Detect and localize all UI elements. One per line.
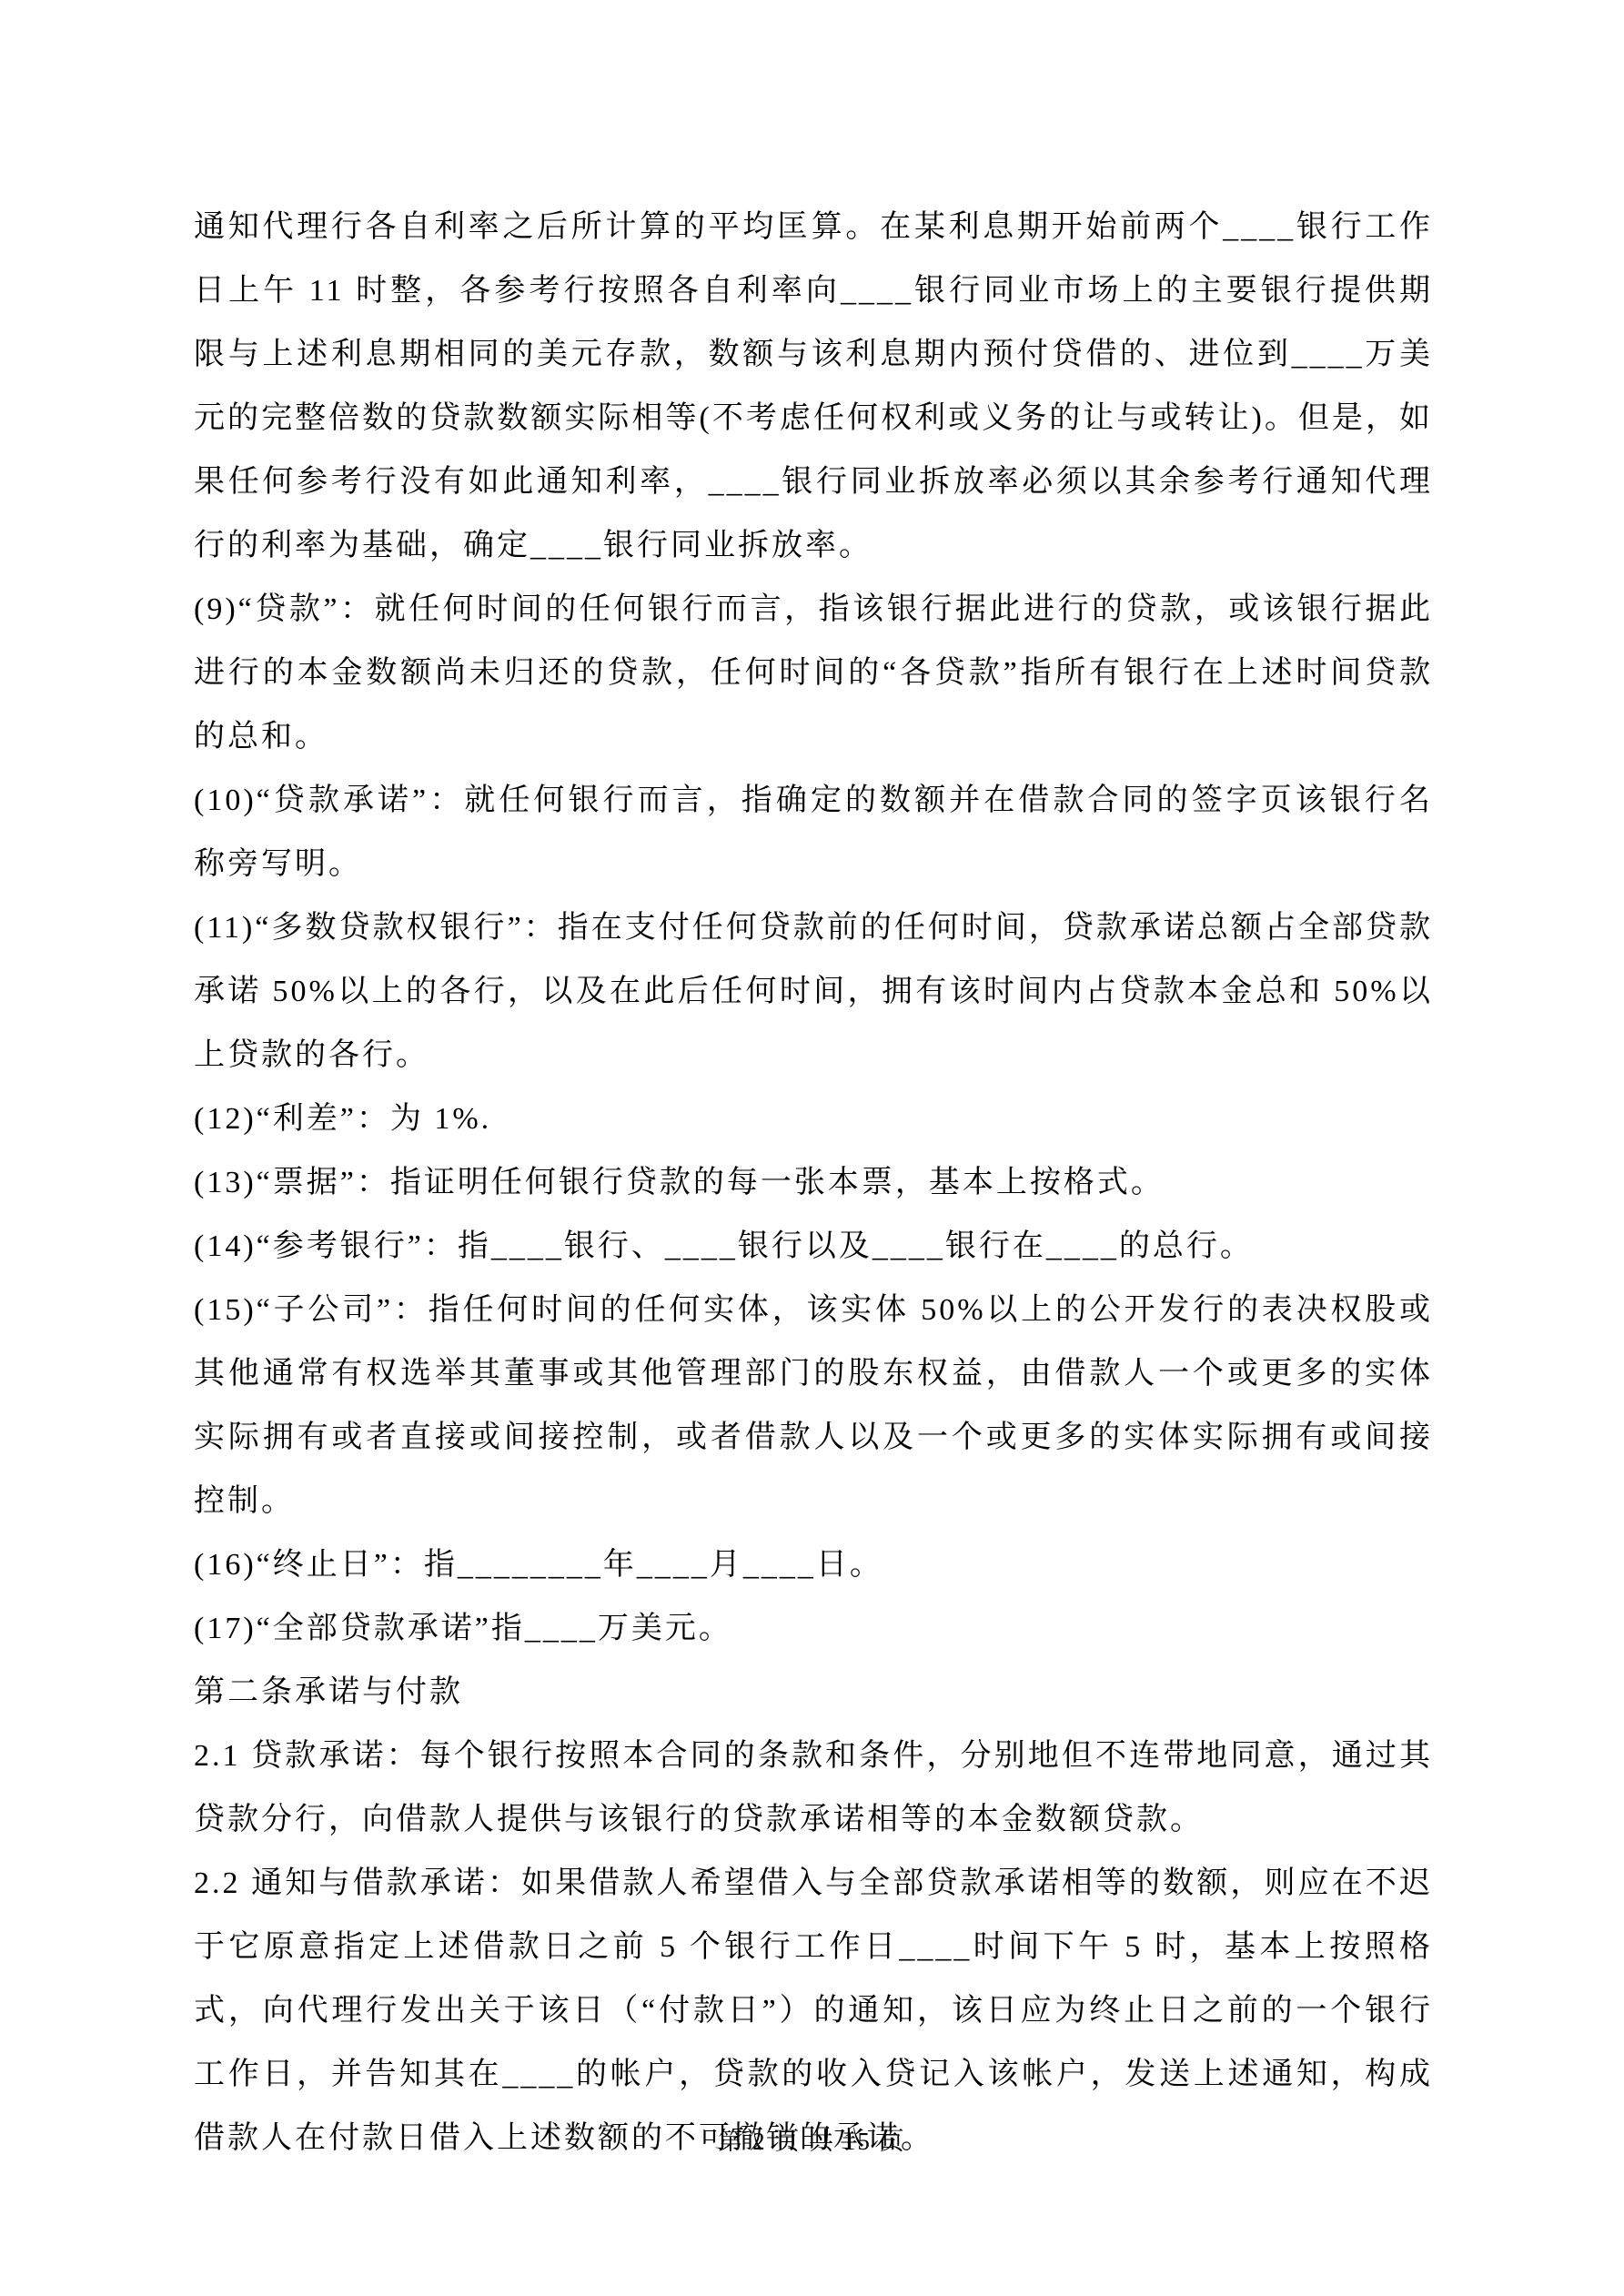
article-2-heading: 第二条承诺与付款 xyxy=(194,1661,1433,1725)
para-libor-averaging: 通知代理行各自利率之后所计算的平均匡算。在某利息期开始前两个____银行工作日上… xyxy=(194,196,1433,578)
document-body: 通知代理行各自利率之后所计算的平均匡算。在某利息期开始前两个____银行工作日上… xyxy=(194,196,1433,2170)
definition-13-promissory-note: (13)“票据”：指证明任何银行贷款的每一张本票，基本上按格式。 xyxy=(194,1151,1433,1215)
clause-2-1-loan-commitment: 2.1 贷款承诺：每个银行按照本合同的条款和条件，分别地但不连带地同意，通过其贷… xyxy=(194,1725,1433,1852)
definition-12-margin: (12)“利差”：为 1%. xyxy=(194,1087,1433,1151)
page-footer: 第 2 页 共 15 页 xyxy=(0,2126,1624,2157)
definition-10-loan-commitment: (10)“贷款承诺”：就任何银行而言，指确定的数额并在借款合同的签字页该银行名称… xyxy=(194,769,1433,896)
definition-16-termination-date: (16)“终止日”：指________年____月____日。 xyxy=(194,1533,1433,1597)
document-page: 通知代理行各自利率之后所计算的平均匡算。在某利息期开始前两个____银行工作日上… xyxy=(0,0,1624,2296)
definition-11-majority-lending-banks: (11)“多数贷款权银行”：指在支付任何贷款前的任何时间，贷款承诺总额占全部贷款… xyxy=(194,896,1433,1087)
definition-15-subsidiary: (15)“子公司”：指任何时间的任何实体，该实体 50%以上的公开发行的表决权股… xyxy=(194,1279,1433,1533)
definition-14-reference-banks: (14)“参考银行”：指____银行、____银行以及____银行在____的总… xyxy=(194,1215,1433,1279)
clause-2-2-notice-and-borrowing: 2.2 通知与借款承诺：如果借款人希望借入与全部贷款承诺相等的数额，则应在不迟于… xyxy=(194,1852,1433,2170)
definition-9-loan: (9)“贷款”：就任何时间的任何银行而言，指该银行据此进行的贷款，或该银行据此进… xyxy=(194,578,1433,769)
definition-17-total-loan-commitment: (17)“全部贷款承诺”指____万美元。 xyxy=(194,1597,1433,1661)
